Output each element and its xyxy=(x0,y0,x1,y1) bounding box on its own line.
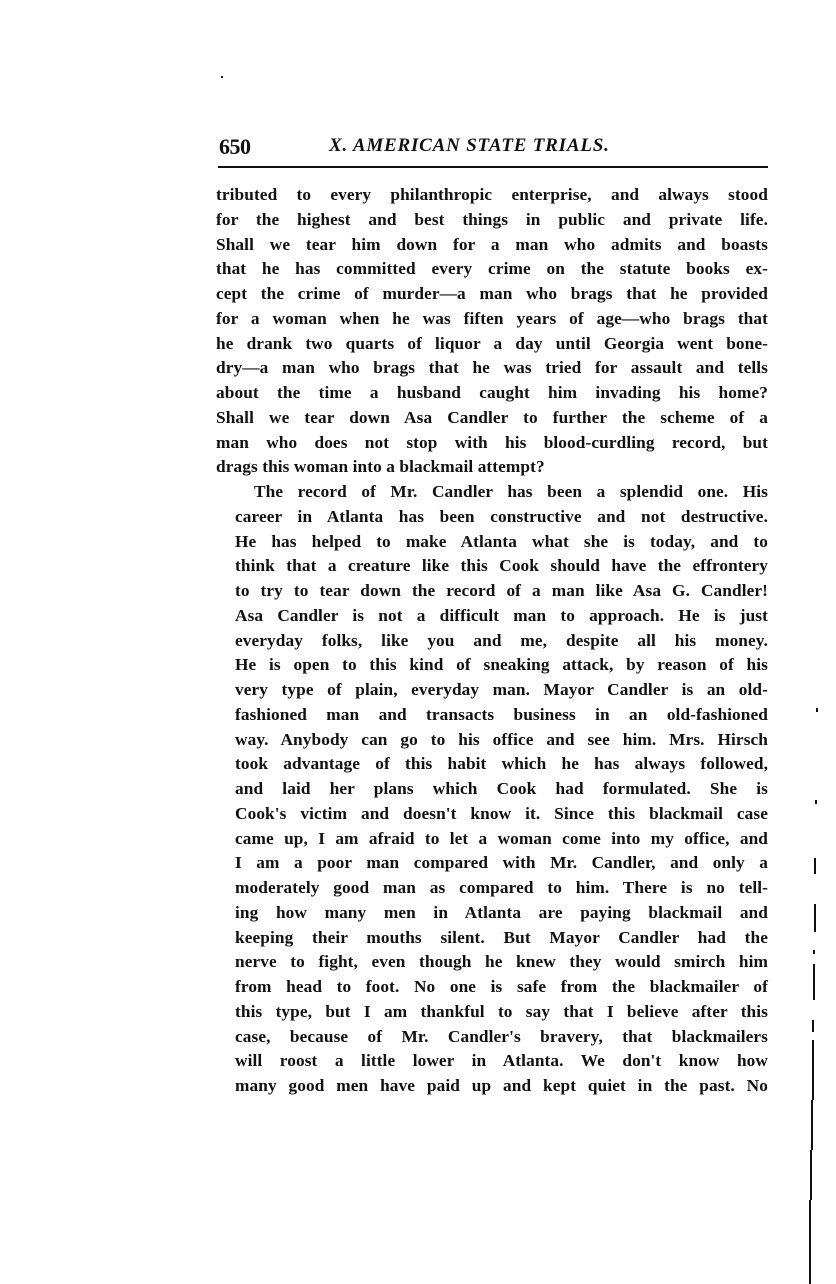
text-line: fashioned man and transacts business in … xyxy=(216,703,768,728)
text-line: very type of plain, everyday man. Mayor … xyxy=(216,678,768,703)
text-line: that he has committed every crime on the… xyxy=(216,257,768,282)
page-number: 650 xyxy=(219,134,251,160)
text-line: ing how many men in Atlanta are paying b… xyxy=(216,901,768,926)
text-line: this type, but I am thankful to say that… xyxy=(216,1000,768,1025)
text-line: everyday folks, like you and me, despite… xyxy=(216,629,768,654)
text-line: tributed to every philanthropic enterpri… xyxy=(216,183,768,208)
text-line: career in Atlanta has been constructive … xyxy=(216,505,768,530)
text-line: keeping their mouths silent. But Mayor C… xyxy=(216,926,768,951)
header-rule xyxy=(218,166,768,168)
text-line: for the highest and best things in publi… xyxy=(216,208,768,233)
scan-speck xyxy=(221,76,223,78)
text-line: The record of Mr. Candler has been a spl… xyxy=(216,480,768,505)
body-text: tributed to every philanthropic enterpri… xyxy=(216,183,768,1099)
text-line: took advantage of this habit which he ha… xyxy=(216,752,768,777)
text-line: cept the crime of murder—a man who brags… xyxy=(216,282,768,307)
text-line: moderately good man as compared to him. … xyxy=(216,876,768,901)
text-line: man who does not stop with his blood-cur… xyxy=(216,431,768,456)
text-line: for a woman when he was fiften years of … xyxy=(216,307,768,332)
paragraph: The record of Mr. Candler has been a spl… xyxy=(216,480,768,1099)
text-line: drags this woman into a blackmail attemp… xyxy=(216,455,768,480)
text-line: Asa Candler is not a difficult man to ap… xyxy=(216,604,768,629)
running-title: X. AMERICAN STATE TRIALS. xyxy=(329,135,610,157)
text-line: about the time a husband caught him inva… xyxy=(216,381,768,406)
text-line: from head to foot. No one is safe from t… xyxy=(216,975,768,1000)
text-line: He has helped to make Atlanta what she i… xyxy=(216,530,768,555)
text-line: Shall we tear down Asa Candler to furthe… xyxy=(216,406,768,431)
text-line: He is open to this kind of sneaking atta… xyxy=(216,653,768,678)
text-line: Cook's victim and doesn't know it. Since… xyxy=(216,802,768,827)
text-line: way. Anybody can go to his office and se… xyxy=(216,728,768,753)
text-line: Shall we tear him down for a man who adm… xyxy=(216,233,768,258)
scan-margin-marks xyxy=(800,700,820,1284)
text-line: case, because of Mr. Candler's bravery, … xyxy=(216,1025,768,1050)
text-line: will roost a little lower in Atlanta. We… xyxy=(216,1049,768,1074)
text-line: and laid her plans which Cook had formul… xyxy=(216,777,768,802)
text-line: to try to tear down the record of a man … xyxy=(216,579,768,604)
text-line: I am a poor man compared with Mr. Candle… xyxy=(216,851,768,876)
text-line: think that a creature like this Cook sho… xyxy=(216,554,768,579)
text-line: many good men have paid up and kept quie… xyxy=(216,1074,768,1099)
page-header: 650 X. AMERICAN STATE TRIALS. xyxy=(219,134,769,164)
text-line: dry—a man who brags that he was tried fo… xyxy=(216,356,768,381)
text-line: came up, I am afraid to let a woman come… xyxy=(216,827,768,852)
text-line: he drank two quarts of liquor a day unti… xyxy=(216,332,768,357)
paragraph: tributed to every philanthropic enterpri… xyxy=(216,183,768,480)
text-line: nerve to fight, even though he knew they… xyxy=(216,950,768,975)
